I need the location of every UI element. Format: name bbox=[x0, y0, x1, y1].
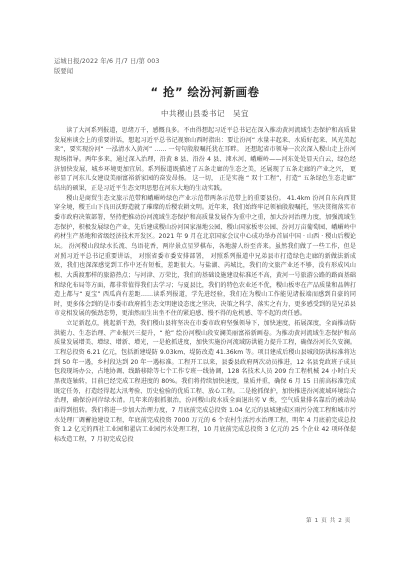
section-line: 版要闻 bbox=[54, 67, 159, 77]
source-line: 运城日报/2022 年/6 月/7 日/第 003 bbox=[54, 57, 159, 67]
publication-meta: 运城日报/2022 年/6 月/7 日/第 003 版要闻 bbox=[54, 57, 159, 77]
paragraph: 立足新起点，挑起新干劲，我们稷山县将坚决在市委市政府坚强领导下，加快速度，拓展深… bbox=[54, 319, 356, 445]
article-title: “ 抢” 绘汾河新画卷 bbox=[0, 84, 410, 100]
page-indicator: 第 1 页 共 2 页 bbox=[306, 516, 351, 524]
article-body: 读了大河系列报道，思绪万千，感慨良多。不由得想起习近平总书记在深入推动黄河流域生… bbox=[54, 126, 356, 445]
paragraph: 读了大河系列报道，思绪万千，感慨良多。不由得想起习近平总书记在深入推动黄河流域生… bbox=[54, 126, 356, 194]
document-page: 运城日报/2022 年/6 月/7 日/第 003 版要闻 “ 抢” 绘汾河新画… bbox=[0, 0, 410, 580]
article-byline: 中共稷山县委书记 吴宜 bbox=[0, 108, 410, 119]
paragraph: 稷山是商贸生态文旅示范带和峨嵋岭绿色产业示范带两条示范带上的重要县份。 41.4… bbox=[54, 194, 356, 320]
